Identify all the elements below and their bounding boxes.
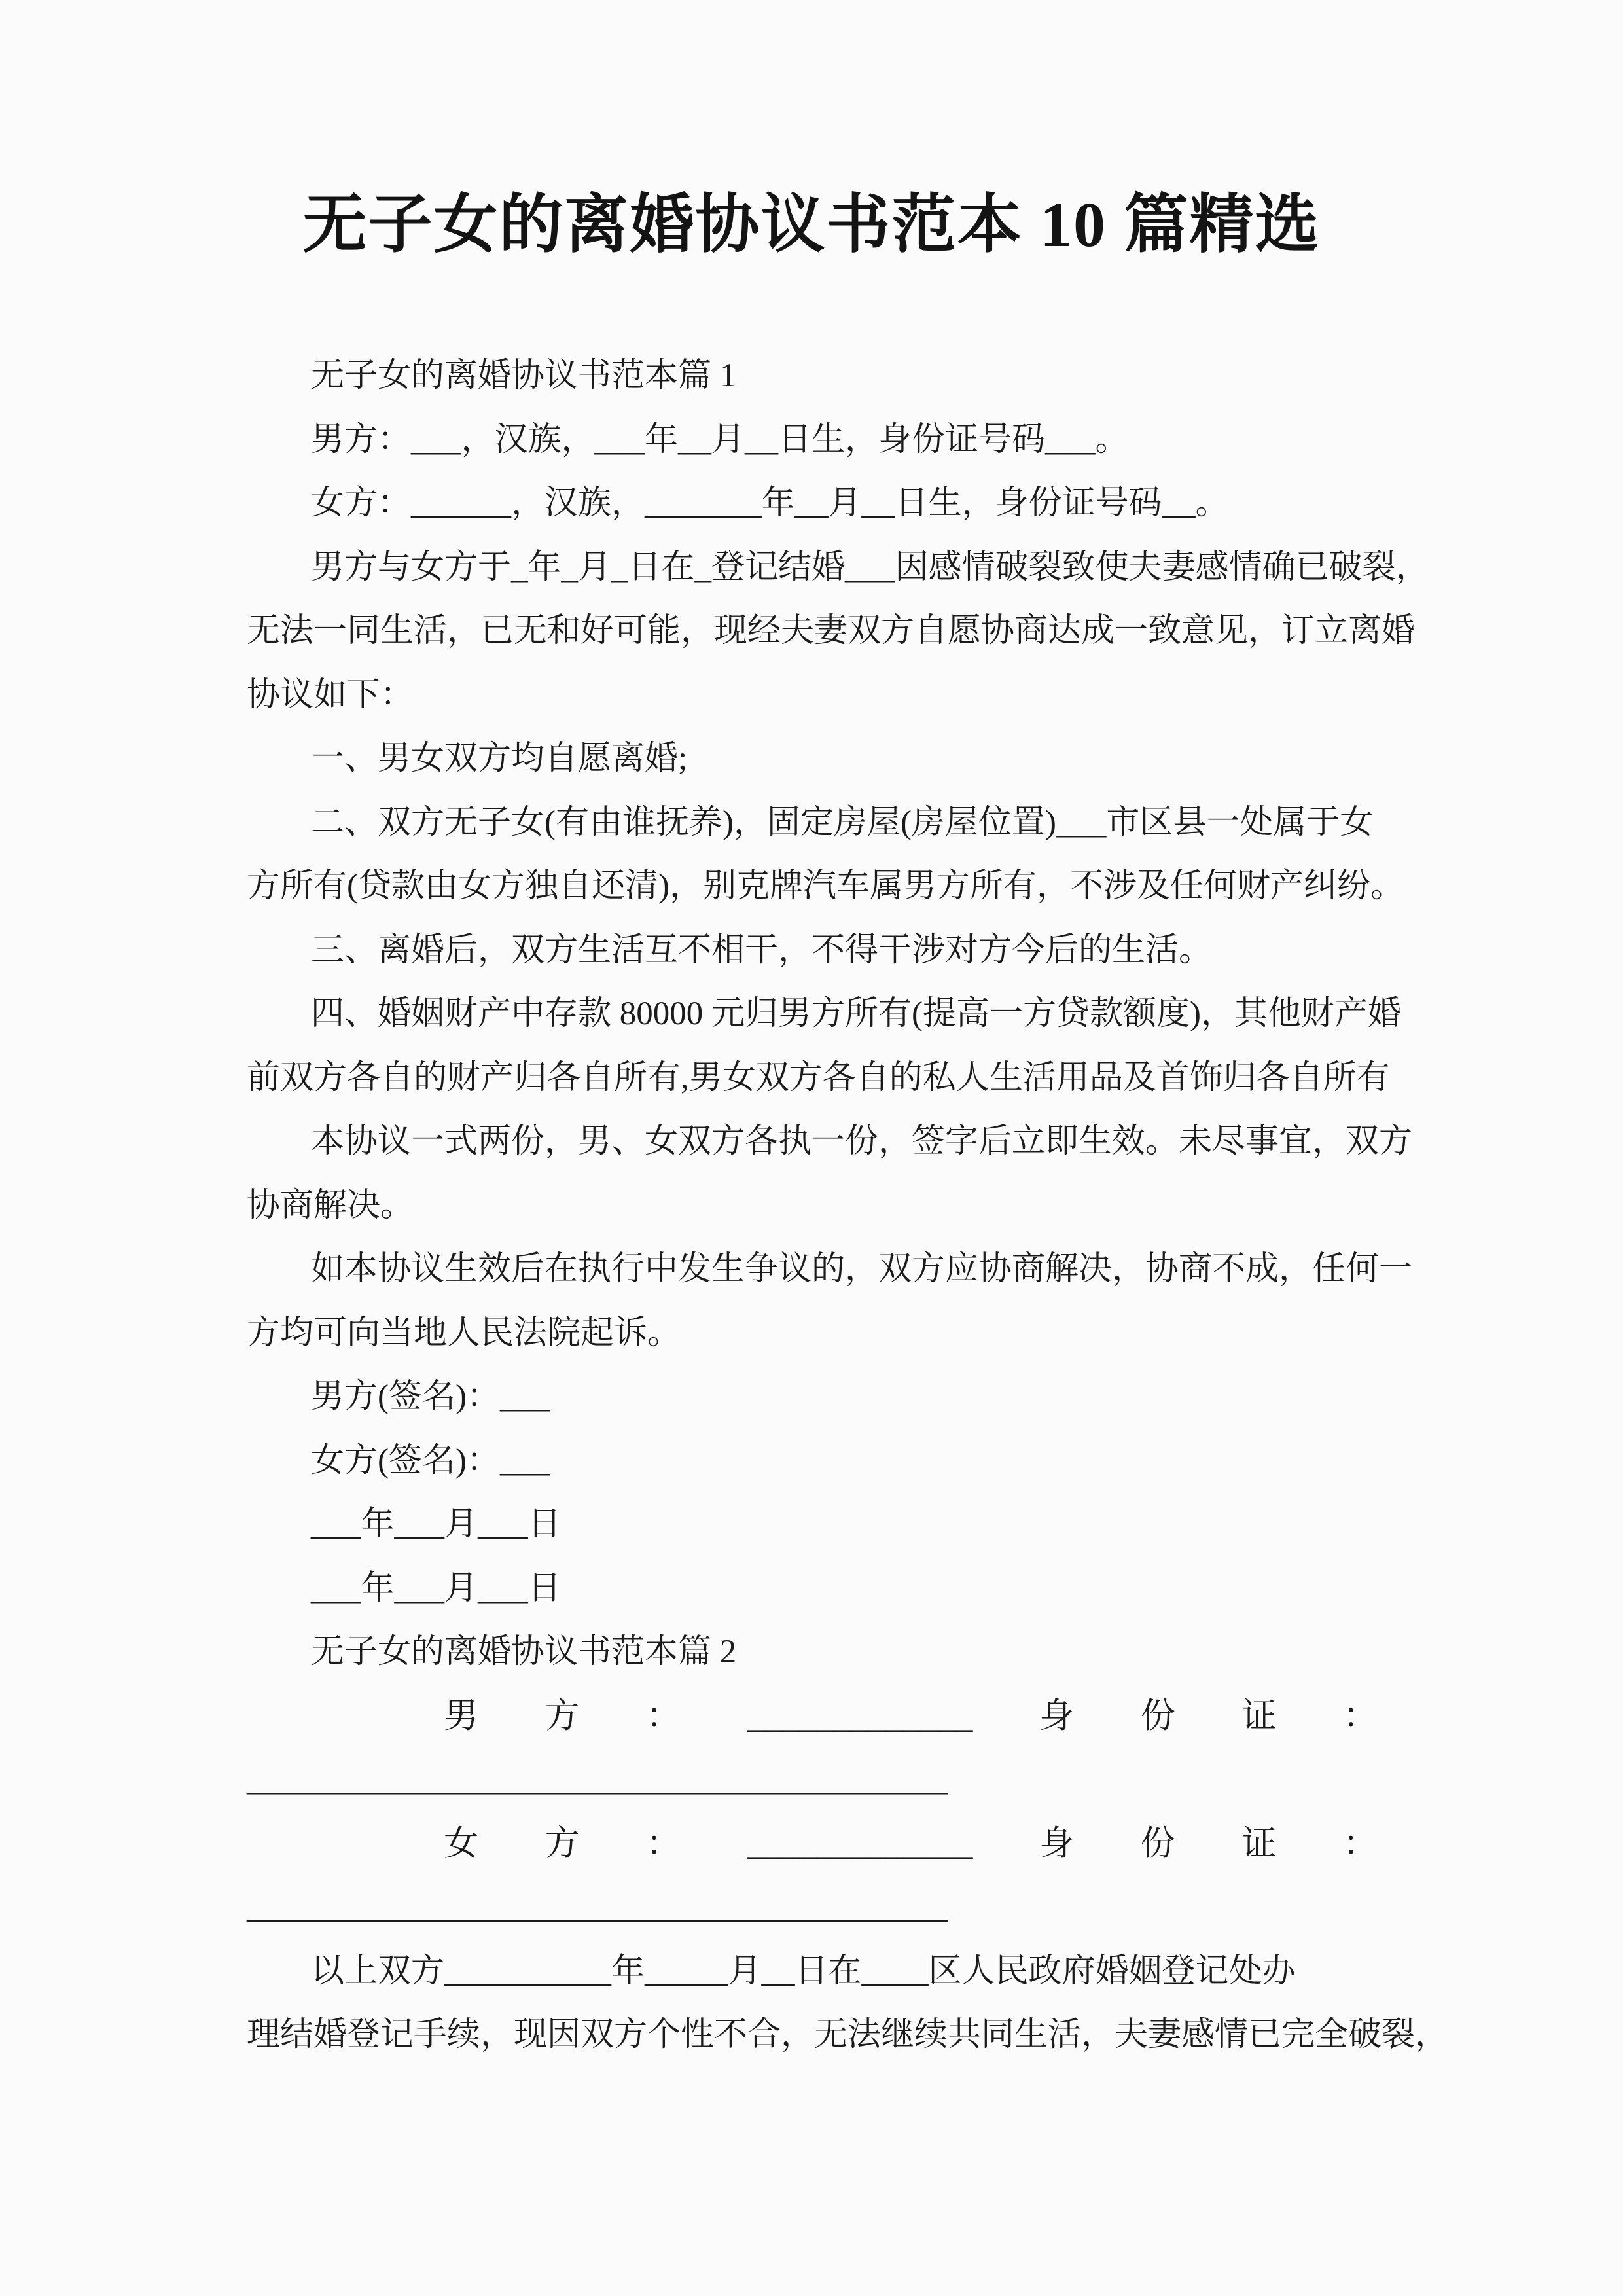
doc-line-date: ___年___月___日 [247, 1493, 1418, 1557]
doc-line: 男方与女方于_年_月_日在_登记结婚___因感情破裂致使夫妻感情确已破裂， [247, 536, 1418, 600]
female-label-char: 女 [444, 1812, 478, 1876]
colon: ： [1343, 1812, 1378, 1876]
blank-underline: ________________________________________… [247, 1876, 1418, 1940]
female-label-char: 方 [545, 1812, 580, 1876]
colon: ： [646, 1812, 681, 1876]
document-body: 无子女的离婚协议书范本篇 1 男方：___，汉族，___年__月__日生，身份证… [247, 344, 1418, 2068]
doc-line: 如本协议生效后在执行中发生争议的，双方应协商解决，协商不成，任何一 [247, 1238, 1418, 1302]
doc-line: 本协议一式两份，男、女双方各执一份，签字后立即生效。未尽事宜，双方 [247, 1110, 1418, 1174]
male-label-char: 男 [444, 1685, 478, 1749]
doc-line: 方所有(贷款由女方独自还清)，别克牌汽车属男方所有，不涉及任何财产纠纷。 [247, 855, 1418, 919]
doc-line-female-party: 女方：______，汉族，_______年__月__日生，身份证号码__。 [247, 472, 1418, 536]
doc-line-male-signature: 男方(签名)：___ [247, 1365, 1418, 1429]
doc-line-female-signature: 女方(签名)：___ [247, 1429, 1418, 1494]
doc-line-clause-4: 四、婚姻财产中存款 80000 元归男方所有(提高一方贷款额度)，其他财产婚 [247, 982, 1418, 1047]
doc-line: 前双方各自的财产归各自所有,男女双方各自的私人生活用品及首饰归各自所有 [247, 1047, 1418, 1111]
page-title: 无子女的离婚协议书范本 10 篇精选 [0, 178, 1623, 273]
female-party-row: 女 方 ： _____________ 身 份 证 ： [444, 1812, 1378, 1876]
colon: ： [646, 1685, 681, 1749]
blank-field: _____________ [747, 1812, 973, 1876]
male-party-row: 男 方 ： _____________ 身 份 证 ： [444, 1685, 1378, 1749]
blank-field: _____________ [747, 1685, 973, 1749]
id-label-char: 证 [1241, 1685, 1276, 1749]
doc-line-clause-3: 三、离婚后，双方生活互不相干，不得干涉对方今后的生活。 [247, 919, 1418, 983]
doc-line-clause-1: 一、男女双方均自愿离婚; [247, 727, 1418, 791]
blank-underline: ________________________________________… [247, 1748, 1418, 1812]
id-label-char: 身 [1039, 1812, 1074, 1876]
doc-line: 协议如下： [247, 664, 1418, 728]
id-label-char: 证 [1241, 1812, 1276, 1876]
doc-line-male-party: 男方：___，汉族，___年__月__日生，身份证号码___。 [247, 408, 1418, 473]
doc-line: 无法一同生活，已无和好可能，现经夫妻双方自愿协商达成一致意见，订立离婚 [247, 600, 1418, 664]
doc-line: 理结婚登记手续，现因双方个性不合，无法继续共同生活，夫妻感情已完全破裂， [247, 2003, 1418, 2068]
section-2-heading: 无子女的离婚协议书范本篇 2 [247, 1621, 1418, 1685]
section-1-heading: 无子女的离婚协议书范本篇 1 [247, 344, 1418, 408]
doc-line-registration: 以上双方__________年_____月__日在____区人民政府婚姻登记处办 [247, 1940, 1418, 2004]
doc-line: 方均可向当地人民法院起诉。 [247, 1302, 1418, 1366]
doc-line-date: ___年___月___日 [247, 1557, 1418, 1621]
document-page: 无子女的离婚协议书范本 10 篇精选 无子女的离婚协议书范本篇 1 男方：___… [0, 0, 1623, 2296]
id-label-char: 份 [1141, 1812, 1175, 1876]
male-label-char: 方 [545, 1685, 580, 1749]
doc-line-clause-2: 二、双方无子女(有由谁抚养)，固定房屋(房屋位置)___市区县一处属于女 [247, 791, 1418, 855]
id-label-char: 身 [1039, 1685, 1074, 1749]
id-label-char: 份 [1141, 1685, 1175, 1749]
colon: ： [1343, 1685, 1378, 1749]
doc-line: 协商解决。 [247, 1174, 1418, 1238]
